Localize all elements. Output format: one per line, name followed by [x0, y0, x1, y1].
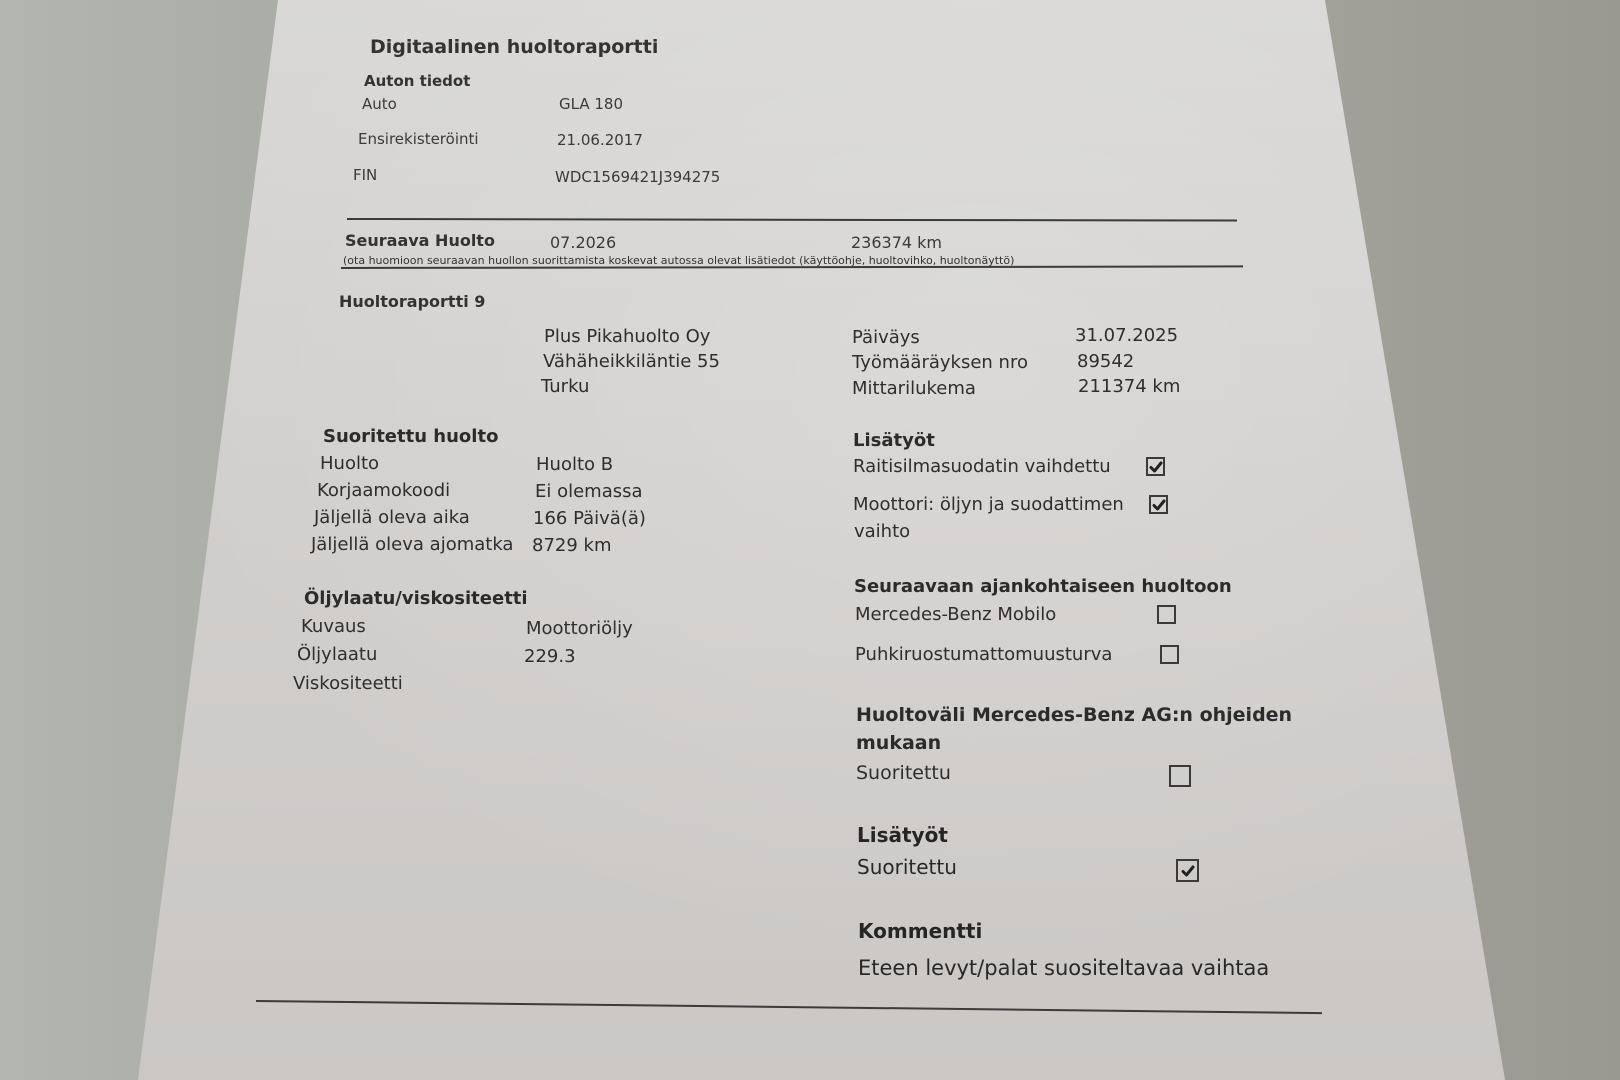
- date-label: Päiväys: [852, 329, 920, 347]
- comment-heading: Kommentti: [858, 921, 982, 941]
- checkmark-icon: [1149, 460, 1163, 474]
- workshop-code-label: Korjaamokoodi: [317, 482, 450, 500]
- oil-quality-label: Öljylaatu: [297, 646, 377, 664]
- next-service-date: 07.2026: [550, 235, 616, 251]
- additional-work-done-label: Suoritettu: [857, 857, 957, 877]
- oil-description-value: Moottoriöljy: [526, 620, 633, 638]
- next-service-label: Seuraava Huolto: [345, 233, 495, 249]
- viscosity-label: Viskositeetti: [293, 675, 403, 693]
- service-type-value: Huolto B: [536, 456, 613, 474]
- rust-warranty-checkbox[interactable]: [1160, 645, 1179, 664]
- odometer-value: 211374 km: [1078, 378, 1180, 396]
- oil-description-label: Kuvaus: [301, 618, 366, 636]
- service-interval-heading-line1: Huoltoväli Mercedes-Benz AG:n ohjeiden: [856, 706, 1292, 725]
- rust-warranty-label: Puhkiruostumattomuusturva: [855, 646, 1112, 664]
- checkmark-icon: [1181, 864, 1195, 878]
- workshop-code-value: Ei olemassa: [535, 483, 643, 501]
- oil-change-label-line1: Moottori: öljyn ja suodattimen: [853, 496, 1124, 514]
- next-current-service-heading: Seuraavaan ajankohtaiseen huoltoon: [854, 578, 1232, 596]
- mobilo-checkbox[interactable]: [1157, 605, 1176, 624]
- remaining-distance-value: 8729 km: [532, 537, 612, 555]
- additional-work-done-checkbox[interactable]: [1176, 859, 1199, 882]
- cabin-filter-checkbox[interactable]: [1146, 457, 1165, 476]
- car-value: GLA 180: [559, 97, 623, 112]
- car-label: Auto: [362, 97, 397, 112]
- service-interval-done-label: Suoritettu: [856, 764, 951, 783]
- cabin-filter-label: Raitisilmasuodatin vaihdettu: [853, 458, 1111, 476]
- service-interval-heading-line2: mukaan: [856, 734, 941, 753]
- checkmark-icon: [1152, 498, 1166, 512]
- service-type-label: Huolto: [320, 455, 379, 473]
- additional-work-heading: Lisätyöt: [853, 432, 935, 450]
- service-interval-checkbox[interactable]: [1169, 765, 1191, 787]
- remaining-time-label: Jäljellä oleva aika: [314, 509, 470, 527]
- paper-sheet: [0, 0, 1620, 1080]
- work-order-label: Työmääräyksen nro: [852, 354, 1028, 372]
- date-value: 31.07.2025: [1075, 327, 1178, 345]
- additional-work-done-heading: Lisätyöt: [857, 825, 948, 845]
- workshop-street: Vähäheikkiläntie 55: [543, 353, 720, 371]
- odometer-label: Mittarilukema: [852, 380, 976, 398]
- next-service-note: (ota huomioon seuraavan huollon suoritta…: [343, 255, 1014, 266]
- performed-service-heading: Suoritettu huolto: [323, 428, 498, 446]
- mobilo-label: Mercedes-Benz Mobilo: [855, 606, 1056, 624]
- oil-change-label-line2: vaihto: [854, 523, 910, 541]
- workshop-name: Plus Pikahuolto Oy: [544, 328, 710, 346]
- remaining-time-value: 166 Päivä(ä): [533, 510, 646, 528]
- report-heading: Huoltoraportti 9: [339, 294, 485, 310]
- oil-change-checkbox[interactable]: [1149, 495, 1168, 514]
- document-title: Digitaalinen huoltoraportti: [370, 38, 658, 57]
- workshop-city: Turku: [541, 378, 589, 396]
- fin-label: FIN: [353, 168, 377, 183]
- oil-heading: Öljylaatu/viskositeetti: [304, 590, 528, 608]
- work-order-value: 89542: [1077, 353, 1134, 371]
- remaining-distance-label: Jäljellä oleva ajomatka: [311, 536, 513, 554]
- oil-quality-value: 229.3: [524, 648, 576, 666]
- next-service-km: 236374 km: [851, 235, 942, 251]
- fin-value: WDC1569421J394275: [555, 170, 720, 185]
- registration-value: 21.06.2017: [557, 133, 643, 148]
- car-info-heading: Auton tiedot: [364, 74, 470, 89]
- comment-text: Eteen levyt/palat suositeltavaa vaihtaa: [858, 958, 1269, 979]
- registration-label: Ensirekisteröinti: [358, 132, 479, 147]
